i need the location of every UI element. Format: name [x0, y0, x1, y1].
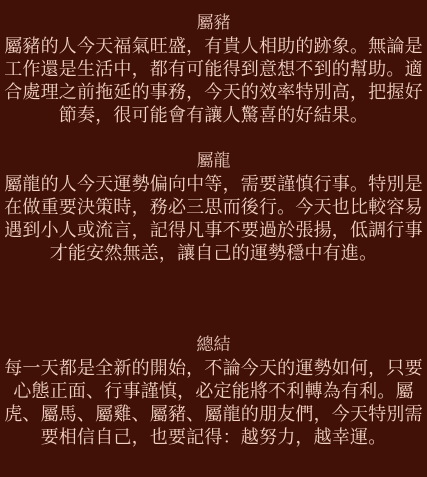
section-pig: 屬豬 屬豬的人今天福氣旺盛，有貴人相助的跡象。無論是工作還是生活中，都有可能得到…	[4, 12, 423, 127]
section-title-pig: 屬豬	[4, 12, 423, 35]
horoscope-page: 屬豬 屬豬的人今天福氣旺盛，有貴人相助的跡象。無論是工作還是生活中，都有可能得到…	[0, 0, 427, 449]
section-spacer	[4, 265, 423, 334]
section-body-dragon: 屬龍的人今天運勢偏向中等，需要謹慎行事。特別是在做重要決策時，務必三思而後行。今…	[4, 173, 423, 265]
section-body-pig: 屬豬的人今天福氣旺盛，有貴人相助的跡象。無論是工作還是生活中，都有可能得到意想不…	[4, 35, 423, 127]
section-summary: 總結 每一天都是全新的開始，不論今天的運勢如何，只要心態正面、行事謹慎，必定能將…	[4, 334, 423, 449]
section-title-dragon: 屬龍	[4, 150, 423, 173]
section-dragon: 屬龍 屬龍的人今天運勢偏向中等，需要謹慎行事。特別是在做重要決策時，務必三思而後…	[4, 150, 423, 265]
section-title-summary: 總結	[4, 334, 423, 357]
section-body-summary: 每一天都是全新的開始，不論今天的運勢如何，只要心態正面、行事謹慎，必定能將不利轉…	[4, 357, 423, 449]
section-spacer	[4, 127, 423, 150]
